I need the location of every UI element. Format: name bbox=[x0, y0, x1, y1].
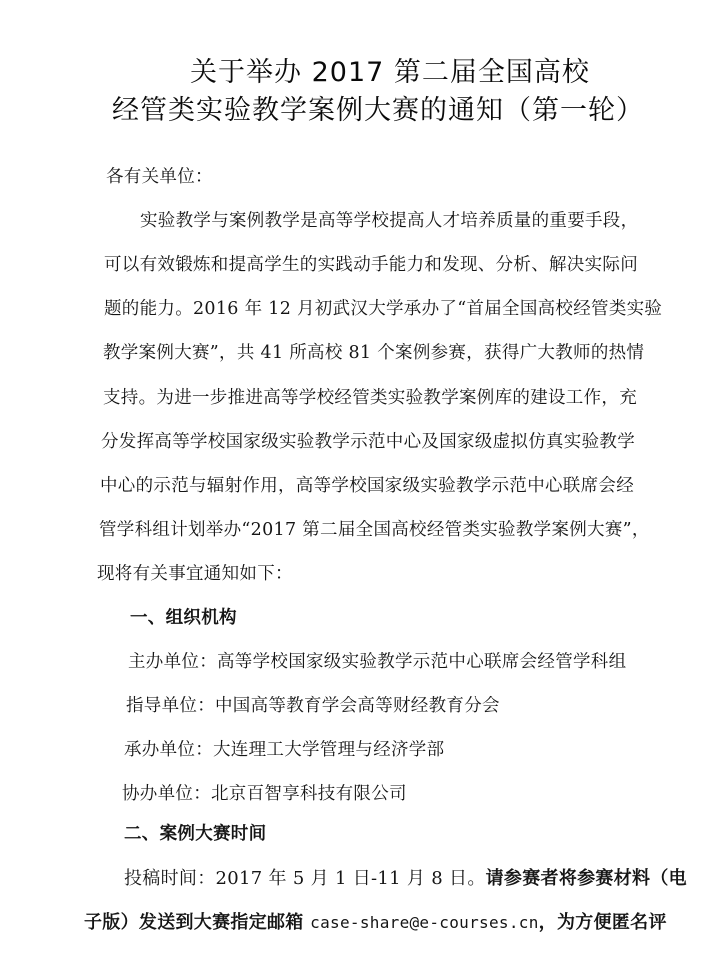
section-heading-schedule: 二、案例大赛时间 bbox=[124, 820, 266, 845]
intro-line: 中心的示范与辐射作用，高等学校国家级实验教学示范中心联席会经 bbox=[100, 472, 634, 497]
document-page: 关于举办 2017 第二届全国高校 经管类实验教学案例大赛的通知（第一轮） 各有… bbox=[0, 0, 720, 960]
intro-line: 题的能力。2016 年 12 月初武汉大学承办了“首届全国高校经管类实验 bbox=[104, 295, 662, 320]
document-title-line-1: 关于举办 2017 第二届全国高校 bbox=[10, 50, 720, 89]
submission-instruction: 请参赛者将参赛材料（电 bbox=[486, 868, 687, 889]
intro-line: 教学案例大赛”，共 41 所高校 81 个案例参赛，获得广大教师的热情 bbox=[103, 339, 644, 364]
submission-instruction-tail: ，为方便匿名评 bbox=[539, 912, 667, 933]
intro-line: 可以有效锻炼和提高学生的实践动手能力和发现、分析、解决实际问 bbox=[104, 251, 638, 276]
organization-item: 指导单位：中国高等教育学会高等财经教育分会 bbox=[126, 692, 500, 717]
intro-line: 分发挥高等学校国家级实验教学示范中心及国家级虚拟仿真实验教学 bbox=[101, 428, 635, 453]
schedule-line-1: 投稿时间：2017 年 5 月 1 日-11 月 8 日。请参赛者将参赛材料（电 bbox=[124, 864, 687, 890]
contest-email-link[interactable]: case-share@e-courses.cn bbox=[310, 913, 538, 932]
document-title-line-2: 经管类实验教学案例大赛的通知（第一轮） bbox=[0, 88, 720, 127]
submission-period: 投稿时间：2017 年 5 月 1 日-11 月 8 日。 bbox=[124, 868, 486, 889]
intro-line: 现将有关事宜通知如下： bbox=[97, 560, 293, 585]
intro-line: 支持。为进一步推进高等学校经管类实验教学案例库的建设工作，充 bbox=[103, 384, 637, 409]
organization-item: 主办单位：高等学校国家级实验教学示范中心联席会经管学科组 bbox=[128, 648, 626, 673]
intro-line: 管学科组计划举办“2017 第二届全国高校经管类实验教学案例大赛”， bbox=[99, 516, 650, 541]
salutation: 各有关单位： bbox=[106, 163, 213, 188]
submission-instruction-cont: 子版）发送到大赛指定邮箱 bbox=[84, 912, 310, 933]
schedule-line-2: 子版）发送到大赛指定邮箱 case-share@e-courses.cn，为方便… bbox=[84, 908, 667, 934]
organization-item: 承办单位：大连理工大学管理与经济学部 bbox=[124, 736, 444, 761]
intro-line: 实验教学与案例教学是高等学校提高人才培养质量的重要手段， bbox=[140, 207, 638, 232]
section-heading-organization: 一、组织机构 bbox=[130, 604, 237, 629]
organization-item: 协办单位：北京百智享科技有限公司 bbox=[122, 780, 407, 805]
